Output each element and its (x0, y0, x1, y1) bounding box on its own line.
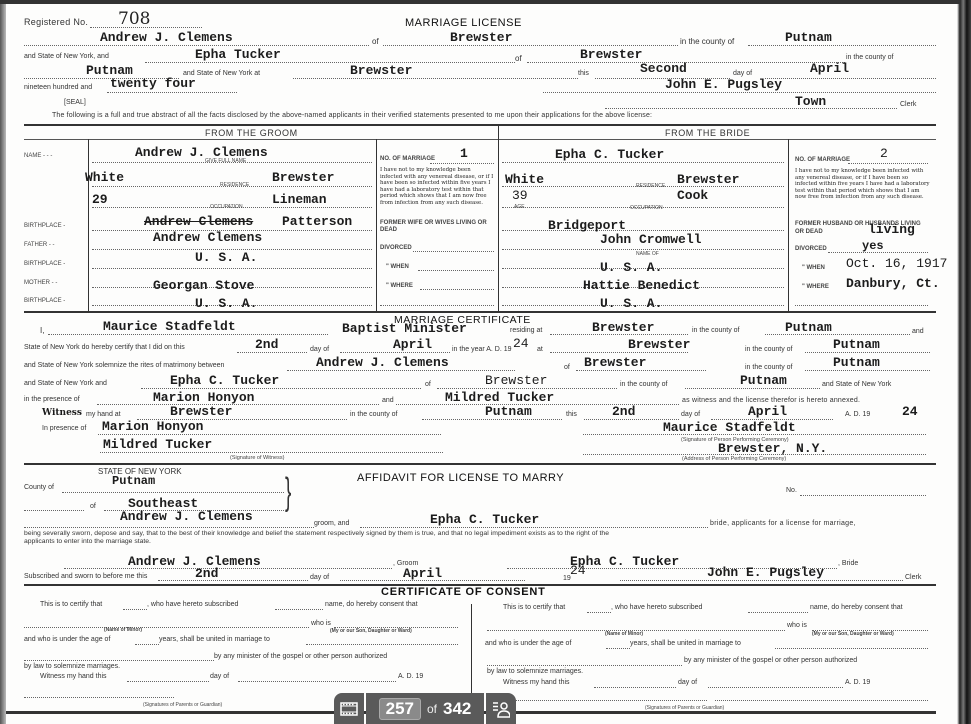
and-state-label-2: and State of New York and (24, 380, 107, 387)
certificate-witness2: Mildred Tucker (445, 390, 554, 405)
filmstrip-button[interactable] (334, 693, 364, 724)
bride-mother-birthplace: U. S. A. (600, 296, 662, 311)
county-label-4: in the county of (620, 381, 667, 388)
presence-label: in the presence of (24, 396, 80, 403)
certificate-bride-of: Brewster (485, 373, 547, 388)
bride-health-statement: I have not to my knowledge been infected… (795, 168, 930, 201)
bride-no-marriage-label: NO. OF MARRIAGE (795, 157, 850, 163)
film-edge-left (0, 0, 6, 724)
residing-label: residing at (510, 327, 542, 334)
bride-no-marriage: 2 (880, 146, 888, 161)
license-bride-of: Brewster (580, 47, 642, 62)
person-list-icon (492, 700, 510, 718)
groom-age: 29 (92, 192, 108, 207)
groom-occupation-caption: OCCUPATION (210, 204, 243, 210)
bride-applicants-label: bride, applicants for a license for marr… (710, 520, 856, 527)
hand-year: 24 (902, 404, 918, 419)
bride-divorced: yes (862, 239, 884, 253)
certificate-year: 24 (513, 336, 529, 351)
bride-sig-label: , Bride (838, 560, 858, 567)
groom-residence-caption: RESIDENCE (220, 182, 249, 188)
relation-caption-right: (My or our Son, Daughter or Ward) (812, 631, 894, 637)
license-clerk-name: John E. Pugsley (665, 77, 782, 92)
affidavit-county: Putnam (112, 474, 155, 488)
total-pages: 342 (443, 699, 471, 719)
bride-former-status: living (868, 222, 915, 237)
groom-no-marriage-label: NO. OF MARRIAGE (380, 156, 435, 162)
groom-mother-birthplace-label: BIRTHPLACE - (24, 298, 65, 304)
year-label: in the year A. D. 19 (452, 346, 512, 353)
i-label: I, (40, 326, 44, 335)
certificate-bride-county: Putnam (740, 373, 787, 388)
bride-occupation-caption: OCCUPATION (630, 205, 663, 211)
consent-witness-b-right: day of (678, 679, 697, 686)
of-label-3: of (564, 364, 570, 371)
signature-officiant: Maurice Stadfeldt (663, 420, 796, 435)
witness-signature-caption: (Signature of Witness) (230, 455, 284, 461)
signature-witness1: Marion Honyon (102, 419, 203, 434)
license-month: April (810, 61, 849, 76)
groom-father: Andrew Clemens (153, 230, 262, 245)
certificate-groom: Andrew J. Clemens (316, 355, 449, 370)
certificate-month: April (393, 337, 432, 352)
consent-minister: by any minister of the gospel or other p… (214, 653, 387, 660)
witness-gothic-label: Witness (42, 408, 82, 418)
license-groom-of: Brewster (450, 30, 512, 45)
and-label-2: and (382, 397, 394, 404)
hand-month: April (748, 404, 787, 419)
at-label: at (537, 346, 543, 353)
ceremony-place: Brewster (628, 337, 690, 352)
certificate-groom-county: Putnam (833, 355, 880, 370)
groom-occupation: Lineman (272, 192, 327, 207)
affidavit-bride-signature: Epha C. Tucker (570, 554, 679, 569)
consent-line1b: , who have hereto subscribed (147, 601, 238, 608)
sworn-label: Subscribed and sworn to before me this (24, 573, 147, 580)
in-presence-label: In presence of (42, 425, 86, 432)
officiant-address-caption: (Address of Person Performing Ceremony) (682, 456, 786, 462)
groom-mother-label: MOTHER - - (24, 280, 57, 286)
consent-line1a: This is to certify that (40, 601, 102, 608)
certificate-bride: Epha C. Tucker (170, 373, 279, 388)
bride-name-of-caption: NAME OF (636, 251, 659, 257)
groom-full-name: Andrew J. Clemens (135, 145, 268, 160)
certificate-day: 2nd (255, 337, 278, 352)
registered-no-label: Registered No. (24, 17, 88, 27)
consent-witness-c: A. D. 19 (398, 673, 423, 680)
groom-and-label: groom, and (314, 520, 349, 527)
officiant-county: Putnam (785, 320, 832, 335)
officiant-residence: Brewster (592, 320, 654, 335)
license-issued-at: Brewster (350, 63, 412, 78)
name-minor-caption-right: (Name of Minor) (605, 631, 643, 637)
groom-where-label: " WHERE (386, 283, 413, 289)
and-label: and (912, 328, 924, 335)
consent-line1a-right: This is to certify that (503, 604, 565, 611)
groom-color: White (85, 170, 124, 185)
bride-father: John Cromwell (600, 232, 701, 247)
bride-divorced-label: DIVORCED (795, 246, 827, 252)
affidavit-title: AFFIDAVIT FOR LICENSE TO MARRY (357, 472, 564, 484)
consent-witness-b: day of (210, 673, 229, 680)
officiant-name: Maurice Stadfeldt (103, 319, 236, 334)
signature-witness2: Mildred Tucker (103, 437, 212, 452)
consent-age-a-right: and who is under the age of (485, 640, 571, 647)
groom-when-label: " WHEN (386, 264, 409, 270)
oath-text-line1: being severally sworn, depose and say, t… (24, 530, 609, 537)
clerk-label: Clerk (900, 101, 916, 108)
groom-divorced-label: DIVORCED (380, 245, 412, 251)
this-label: this (578, 70, 589, 77)
current-page-input[interactable]: 257 (379, 698, 421, 720)
bride-heading: FROM THE BRIDE (665, 128, 750, 138)
bride-residence: Brewster (677, 172, 739, 187)
license-year-words: twenty four (110, 76, 196, 91)
certificate-groom-of: Brewster (584, 355, 646, 370)
consent-witness-a: Witness my hand this (40, 673, 107, 680)
affidavit-clerk: John E. Pugsley (707, 565, 824, 580)
hand-day: 2nd (612, 404, 635, 419)
groom-father-birthplace-label: BIRTHPLACE - (24, 261, 65, 267)
bride-age: 39 (512, 188, 528, 203)
county-of-label: County of (24, 484, 54, 491)
groom-residence: Brewster (272, 170, 334, 185)
hand-at: Brewster (170, 404, 232, 419)
groom-mother: Georgan Stove (153, 278, 254, 293)
film-edge-right (957, 0, 971, 724)
in-county-label-2: in the county of (846, 54, 893, 61)
groom-full-name-caption: GIVE FULL NAME (205, 158, 246, 164)
groom-health-statement: I have not to my knowledge been infected… (380, 167, 494, 207)
consent-line1c-right: name, do hereby consent that (810, 604, 903, 611)
consent-law: by law to solemnize marriages. (24, 663, 120, 670)
hand-year-label: A. D. 19 (845, 411, 870, 418)
groom-no-marriage: 1 (460, 146, 468, 161)
hand-county: Putnam (485, 404, 532, 419)
consent-age-a: and who is under the age of (24, 636, 110, 643)
certify-label: State of New York do hereby certify that… (24, 344, 185, 351)
bride-father-birthplace: U. S. A. (600, 260, 662, 275)
solemnize-label: and State of New York solemnize the rite… (24, 362, 224, 369)
bride-residence-caption: RESIDENCE (636, 183, 665, 189)
image-viewer-toolbar: 257 of 342 (334, 693, 516, 724)
officiant-address: Brewster, N.Y. (718, 441, 827, 456)
consent-age-b-right: years, shall be united in marriage to (630, 640, 741, 647)
relation-caption: (My or our Son, Daughter or Ward) (330, 628, 412, 634)
license-groom-county: Putnam (785, 30, 832, 45)
abstract-text: The following is a full and true abstrac… (52, 112, 652, 119)
groom-father-label: FATHER - - (24, 242, 55, 248)
index-button[interactable] (486, 693, 516, 724)
day-of-label: day of (733, 70, 752, 77)
consent-law-right: by law to solemnize marriages. (487, 668, 583, 675)
county-label-1: in the county of (692, 327, 739, 334)
page-navigator: 257 of 342 (366, 693, 484, 724)
annexed-label: as witness and the license therefor is h… (682, 397, 860, 404)
ceremony-county: Putnam (833, 337, 880, 352)
hand-at-label: my hand at (86, 411, 121, 418)
county-label-2: in the county of (745, 346, 792, 353)
groom-birthplace-struck: Andrew Clemens (144, 214, 253, 229)
affidavit-month: April (403, 566, 442, 581)
groom-birthplace-label: BIRTHPLACE - (24, 223, 65, 229)
consent-witness-c-right: A. D. 19 (845, 679, 870, 686)
license-groom-name: Andrew J. Clemens (100, 30, 233, 45)
nineteen-label: nineteen hundred and (24, 84, 92, 91)
consent-line1c: name, do hereby consent that (325, 601, 418, 608)
affidavit-bride: Epha C. Tucker (430, 512, 539, 527)
consent-minister-right: by any minister of the gospel or other p… (684, 657, 857, 664)
document-image: Registered No. 708 MARRIAGE LICENSE Andr… (0, 0, 971, 724)
consent-sig-caption: (Signatures of Parents or Guardian) (143, 702, 222, 708)
of-label-5: of (90, 503, 96, 510)
certificate-witness1: Marion Honyon (153, 390, 254, 405)
groom-birthplace: Patterson (282, 214, 352, 229)
license-bride-name: Epha Tucker (195, 47, 281, 62)
license-clerk-title: Town (795, 94, 826, 109)
top-rule (0, 0, 960, 4)
affidavit-groom: Andrew J. Clemens (120, 509, 253, 524)
bride-mother: Hattie Benedict (583, 278, 700, 293)
and-state-label: and State of New York, and (24, 53, 109, 60)
affidavit-year: 24 (570, 563, 586, 578)
day-of-label-2: day of (310, 346, 329, 353)
bride-occupation: Cook (677, 188, 708, 203)
affidavit-no-label: No. (786, 487, 797, 494)
officiant-title: Baptist Minister (342, 321, 467, 336)
of-label: of (372, 37, 379, 46)
bride-state-label: and State of New York (822, 381, 891, 388)
this-label-2: this (566, 411, 577, 418)
bride-when-label: " WHEN (802, 265, 825, 271)
consent-age-b: years, shall be united in marriage to (159, 636, 270, 643)
groom-former-label: FORMER WIFE OR WIVES LIVING OR DEAD (380, 220, 494, 234)
day-of-label-4: day of (310, 574, 329, 581)
bride-color: White (505, 172, 544, 187)
registered-no: 708 (118, 9, 150, 29)
day-of-label-3: day of (681, 411, 700, 418)
bride-divorce-where: Danbury, Ct. (846, 276, 940, 291)
groom-father-birthplace: U. S. A. (195, 250, 257, 265)
oath-text-line2: applicants to enter into the marriage st… (24, 538, 151, 545)
bride-age-caption: AGE (514, 204, 525, 210)
in-county-label: in the county of (680, 37, 734, 46)
seal-label: [SEAL] (64, 99, 86, 106)
bride-divorce-when: Oct. 16, 1917 (846, 256, 947, 271)
page-of-label: of (427, 702, 437, 716)
bride-birthplace: Bridgeport (548, 218, 626, 233)
consent-witness-a-right: Witness my hand this (503, 679, 570, 686)
brace: } (285, 470, 291, 514)
county-label-3: in the county of (745, 364, 792, 371)
name-minor-caption: (Name of Minor) (104, 627, 142, 633)
filmstrip-icon (340, 702, 358, 716)
groom-heading: FROM THE GROOM (205, 128, 298, 138)
bride-where-label: " WHERE (802, 284, 829, 290)
of-label-4: of (425, 381, 431, 388)
who-is-label: who is (311, 620, 331, 627)
consent-title: CERTIFICATE OF CONSENT (381, 586, 546, 598)
of-label-2: of (515, 54, 522, 63)
groom-name-label: NAME - - - (24, 153, 52, 159)
license-title: MARRIAGE LICENSE (405, 17, 522, 29)
affidavit-day: 2nd (195, 566, 218, 581)
groom-mother-birthplace: U. S. A. (195, 296, 257, 311)
bride-full-name: Epha C. Tucker (555, 147, 664, 162)
who-is-label-right: who is (787, 622, 807, 629)
consent-line1b-right: , who have hereto subscribed (611, 604, 702, 611)
county-label-5: in the county of (350, 411, 397, 418)
license-day: Second (640, 61, 687, 76)
clerk-label-2: Clerk (905, 574, 921, 581)
